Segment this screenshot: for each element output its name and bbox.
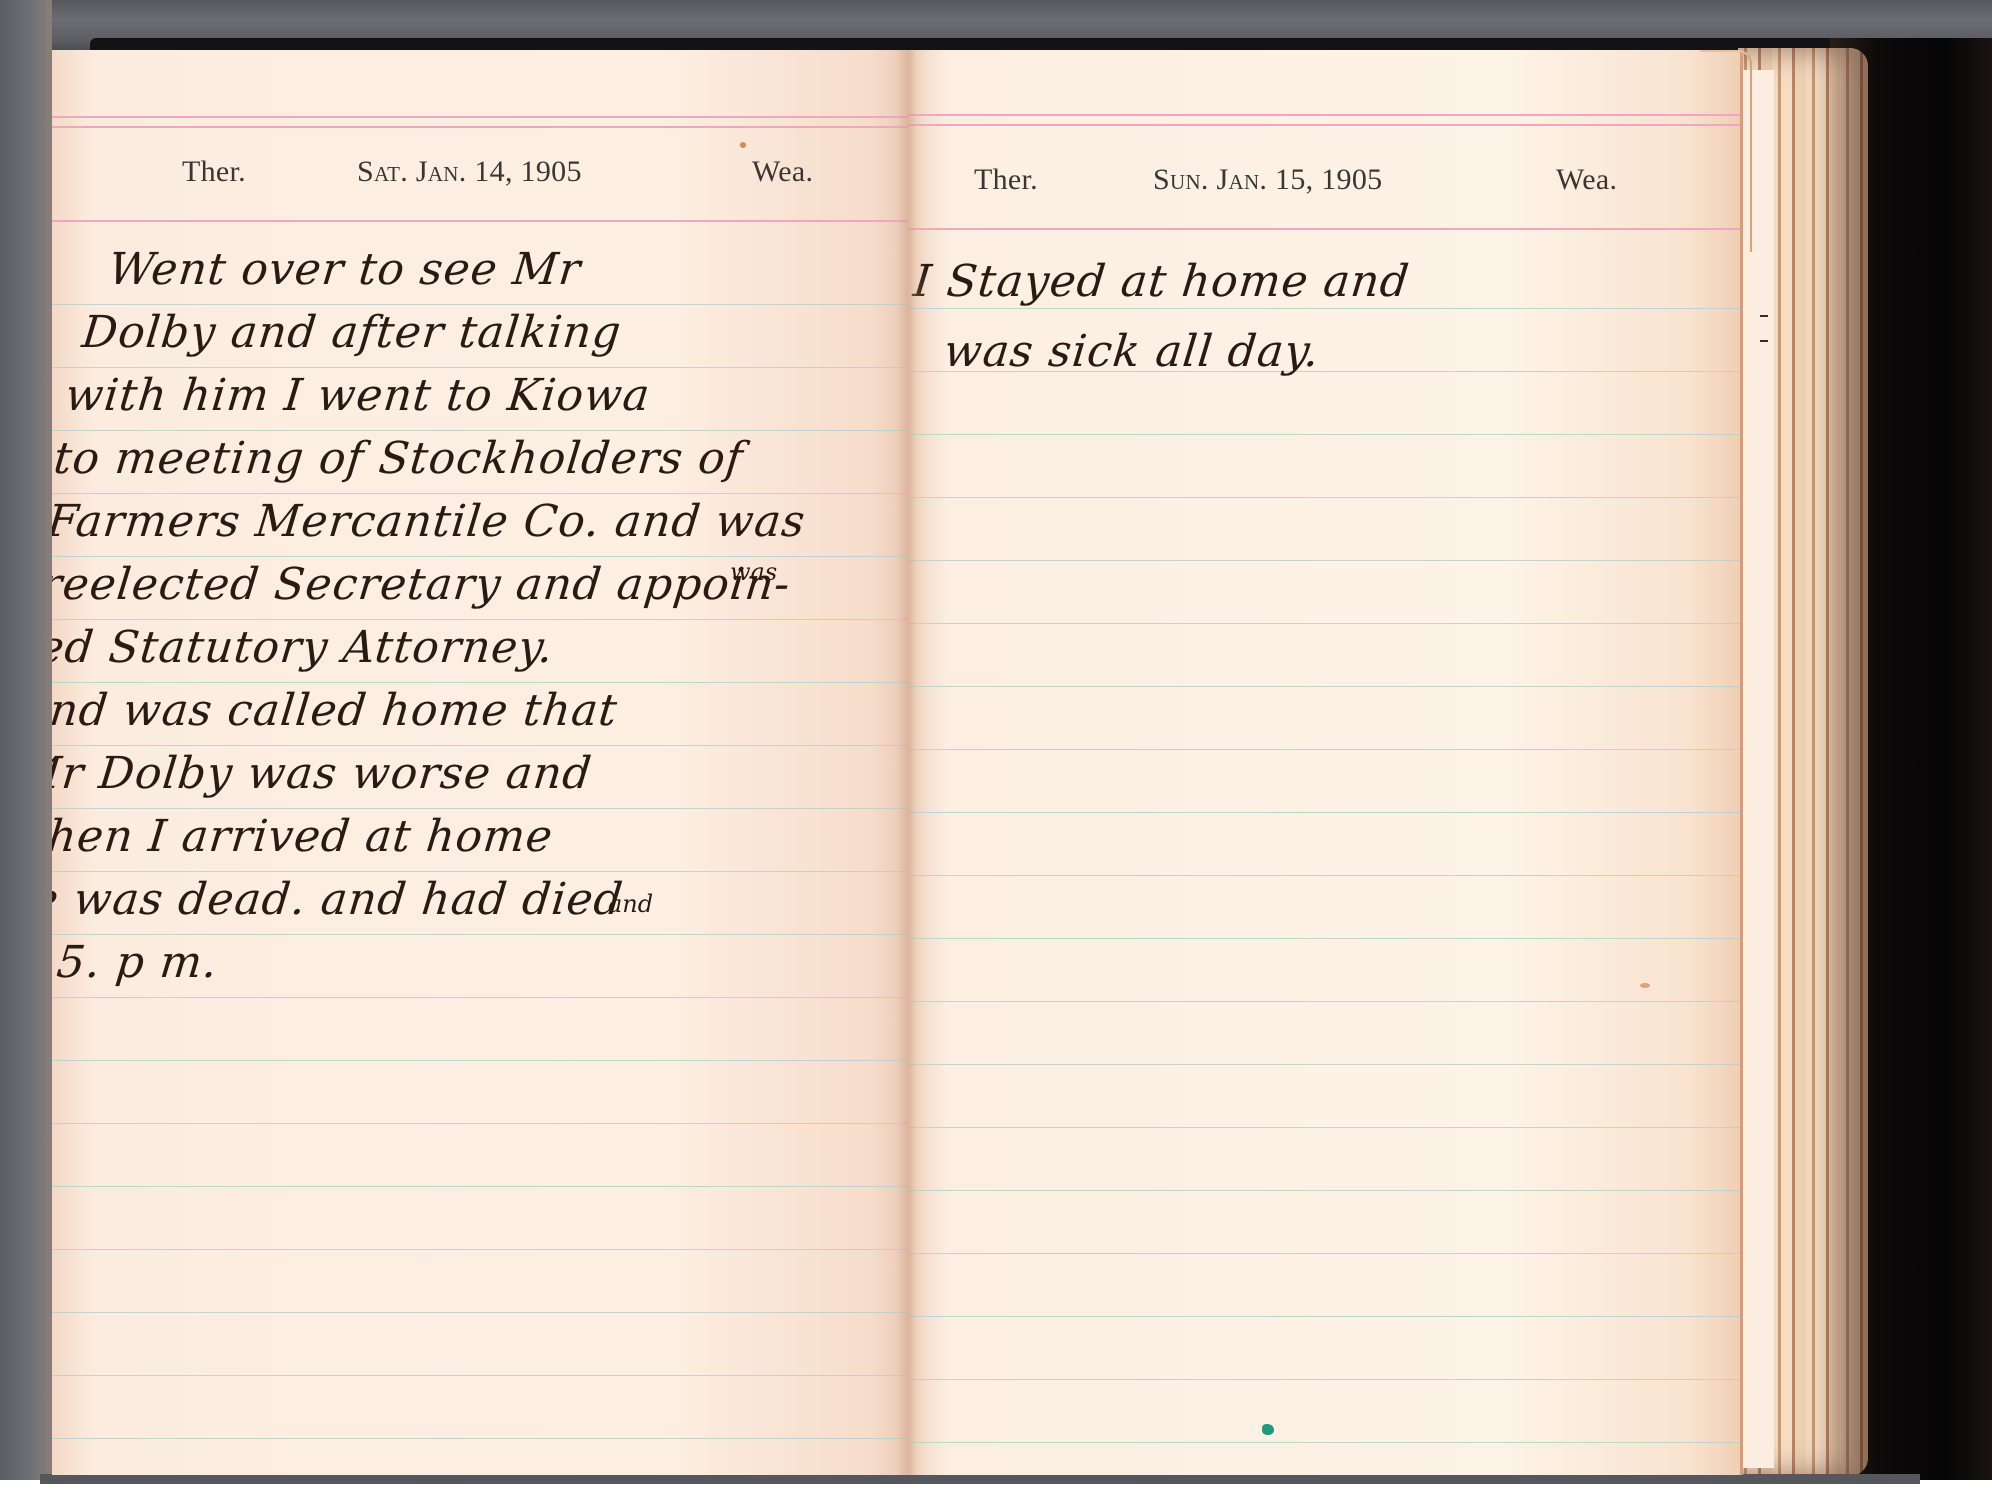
ruled-line [52, 1249, 914, 1250]
entry-line: I Stayed at home and [910, 250, 1412, 313]
header-rule-top-1 [52, 116, 914, 118]
rust-spot [1640, 983, 1650, 988]
weather-label: Wea. [752, 155, 813, 189]
paper-spot [740, 142, 746, 148]
ruled-line [908, 812, 1740, 813]
next-page-edge [1740, 70, 1774, 1468]
insertion-and: and [608, 890, 653, 918]
ruled-line [908, 1253, 1740, 1254]
entry-line: and was called home that [52, 679, 621, 742]
ruled-line [908, 686, 1740, 687]
header-rule-top-2 [52, 126, 914, 128]
scan-bottom-edge [40, 1474, 1920, 1484]
entry-line: Went over to see Mr [106, 238, 585, 301]
ruled-line [52, 997, 914, 998]
ruled-line [908, 1379, 1740, 1380]
header-rule-bottom [52, 220, 914, 222]
ruled-line [908, 560, 1740, 561]
thermometer-label: Ther. [974, 163, 1038, 197]
ruled-line [908, 497, 1740, 498]
ruled-line [908, 434, 1740, 435]
page-header: Ther. Sun. Jan. 15, 1905 Wea. [908, 150, 1740, 210]
header-rule-bottom [908, 228, 1740, 230]
scanner-left-edge [0, 0, 52, 1480]
ruled-line [908, 623, 1740, 624]
insertion-was: was [730, 558, 777, 586]
entry-line: he was dead. and had died [52, 868, 626, 931]
ruled-line [908, 1316, 1740, 1317]
margin-mark [1760, 340, 1768, 342]
ruled-line [908, 749, 1740, 750]
ruled-line [908, 938, 1740, 939]
entry-line: with him I went to Kiowa [62, 364, 653, 427]
thermometer-label: Ther. [182, 155, 246, 189]
ruled-line [52, 1312, 914, 1313]
ruled-line [908, 1127, 1740, 1128]
entry-line: Mr Dolby was worse and [52, 742, 595, 805]
entry-line: Farmers Mercantile Co. and was [52, 490, 809, 553]
diary-page-right: Ther. Sun. Jan. 15, 1905 Wea. I Stayed a… [908, 50, 1743, 1475]
folded-page-corner [1700, 50, 1752, 252]
ruled-line [908, 1442, 1740, 1443]
diary-page-left: Ther. Sat. Jan. 14, 1905 Wea. Went over … [52, 50, 914, 1475]
entry-line: Dolby and after talking [79, 301, 625, 364]
date-heading: Sat. Jan. 14, 1905 [357, 155, 582, 189]
weather-label: Wea. [1556, 163, 1617, 197]
ruled-line [52, 1186, 914, 1187]
ruled-line [908, 1064, 1740, 1065]
entry-line: reelected Secretary and appoin- [52, 553, 794, 616]
green-ink-spot [1262, 1424, 1274, 1435]
entry-line: to meeting of Stockholders of [52, 427, 746, 490]
date-heading: Sun. Jan. 15, 1905 [1153, 163, 1382, 197]
margin-mark [1760, 315, 1768, 317]
header-rule-top-2 [908, 124, 1740, 126]
entry-line: at 5. p m. [52, 931, 221, 994]
ruled-line [52, 1123, 914, 1124]
entry-line: was sick all day. [941, 320, 1323, 383]
page-header: Ther. Sat. Jan. 14, 1905 Wea. [52, 142, 914, 202]
ruled-line [52, 1060, 914, 1061]
ruled-line [908, 875, 1740, 876]
ruled-line [52, 1375, 914, 1376]
ruled-line [52, 1438, 914, 1439]
entry-line: ted Statutory Attorney. [52, 616, 557, 679]
ruled-line [908, 1190, 1740, 1191]
ruled-line [908, 1001, 1740, 1002]
entry-line: when I arrived at home [52, 805, 556, 868]
header-rule-top-1 [908, 114, 1740, 116]
